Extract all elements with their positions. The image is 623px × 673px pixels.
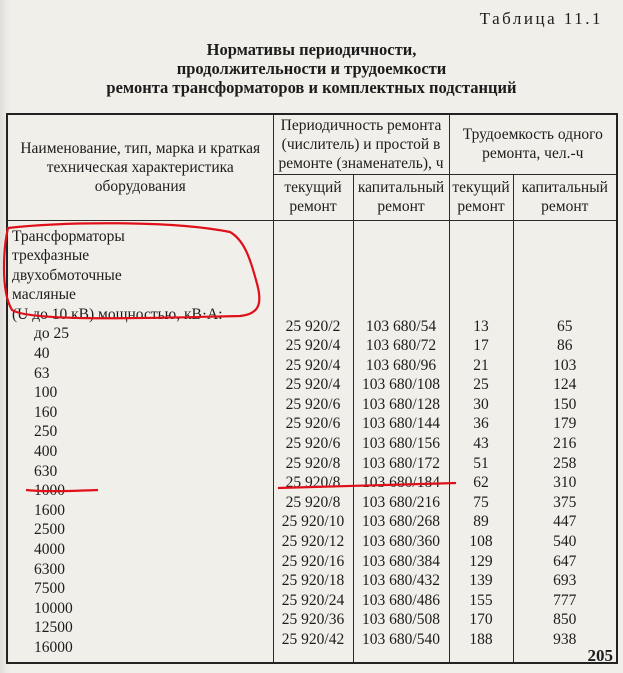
group-line: (U до 10 кВ) мощностью, кВ·А:	[12, 305, 273, 325]
labor-current-value: 30	[450, 395, 513, 415]
power-rating: 630	[12, 462, 273, 482]
labor-current-value: 75	[450, 493, 513, 513]
period-capital-value: 103 680/172	[354, 454, 449, 474]
period-capital-value: 103 680/96	[354, 356, 449, 376]
power-rating: 12500	[12, 618, 273, 638]
period-current-value: 25 920/8	[274, 454, 353, 474]
title-line: продолжительности и трудоемкости	[0, 59, 623, 78]
period-current-value: 25 920/6	[274, 414, 353, 434]
period-current-value: 25 920/18	[274, 571, 353, 591]
equipment-column: Трансформаторы трехфазные двухобмоточные…	[7, 220, 273, 663]
labor-current-value: 36	[450, 414, 513, 434]
labor-current-value: 155	[450, 591, 513, 611]
period-current-value: 25 920/42	[274, 630, 353, 650]
power-rating: 1600	[12, 501, 273, 521]
period-capital-value: 103 680/128	[354, 395, 449, 415]
power-rating: 2500	[12, 520, 273, 540]
labor-current-value: 89	[450, 512, 513, 532]
labor-capital-value: 447	[514, 512, 617, 532]
period-capital-value: 103 680/384	[354, 552, 449, 572]
period-current-value: 25 920/6	[274, 395, 353, 415]
labor-current-value: 139	[450, 571, 513, 591]
labor-current-value: 21	[450, 356, 513, 376]
labor-capital-value: 179	[514, 414, 617, 434]
period-current-value: 25 920/36	[274, 610, 353, 630]
period-capital-value: 103 680/508	[354, 610, 449, 630]
labor-current-value: 17	[450, 336, 513, 356]
labor-current-value: 170	[450, 610, 513, 630]
power-rating: 400	[12, 442, 273, 462]
labor-capital-value: 86	[514, 336, 617, 356]
period-capital-column: 103 680/54103 680/72103 680/96103 680/10…	[353, 220, 449, 663]
power-rating: 1000	[12, 481, 273, 501]
period-capital-value: 103 680/144	[354, 414, 449, 434]
labor-current-value: 188	[450, 630, 513, 650]
period-capital-value: 103 680/540	[354, 630, 449, 650]
period-current-value: 25 920/8	[274, 493, 353, 513]
labor-current-column: 1317212530364351627589108129139155170188	[449, 220, 513, 663]
labor-capital-value: 258	[514, 454, 617, 474]
table-title: Нормативы периодичности, продолжительнос…	[0, 40, 623, 97]
period-capital-value: 103 680/108	[354, 375, 449, 395]
header-labor-current: текущий ремонт	[449, 174, 513, 220]
labor-capital-value: 850	[514, 610, 617, 630]
labor-current-value: 13	[450, 317, 513, 337]
labor-capital-value: 647	[514, 552, 617, 572]
labor-capital-value: 310	[514, 473, 617, 493]
power-rating: 4000	[12, 540, 273, 560]
power-rating: 100	[12, 383, 273, 403]
period-current-value: 25 920/4	[274, 356, 353, 376]
period-current-value: 25 920/16	[274, 552, 353, 572]
period-current-value: 25 920/8	[274, 473, 353, 493]
header-labor-text: Трудоемкость одного ремонта, чел.-ч	[463, 126, 603, 162]
power-rating: до 25	[12, 324, 273, 344]
period-current-value: 25 920/6	[274, 434, 353, 454]
header-period-current: текущий ремонт	[273, 174, 353, 220]
labor-capital-value: 693	[514, 571, 617, 591]
period-capital-value: 103 680/72	[354, 336, 449, 356]
group-line: трехфазные	[12, 246, 273, 266]
power-rating: 16000	[12, 638, 273, 658]
labor-capital-value: 65	[514, 317, 617, 337]
group-line: Трансформаторы	[12, 227, 273, 247]
period-capital-value: 103 680/432	[354, 571, 449, 591]
labor-capital-value: 103	[514, 356, 617, 376]
power-rating: 7500	[12, 579, 273, 599]
header-period-capital: капитальный ремонт	[353, 174, 449, 220]
power-rating: 63	[12, 364, 273, 384]
period-current-value: 25 920/24	[274, 591, 353, 611]
labor-capital-value: 375	[514, 493, 617, 513]
period-capital-value: 103 680/360	[354, 532, 449, 552]
labor-current-value: 25	[450, 375, 513, 395]
labor-capital-value: 777	[514, 591, 617, 611]
period-current-value: 25 920/12	[274, 532, 353, 552]
title-line: Нормативы периодичности,	[0, 40, 623, 59]
power-rating: 10000	[12, 599, 273, 619]
period-capital-value: 103 680/184	[354, 473, 449, 493]
period-capital-value: 103 680/156	[354, 434, 449, 454]
period-capital-value: 103 680/268	[354, 512, 449, 532]
period-current-value: 25 920/4	[274, 375, 353, 395]
period-capital-value: 103 680/54	[354, 317, 449, 337]
header-periodicity-text: Периодичность ремонта (числитель) и прос…	[278, 117, 443, 172]
period-capital-value: 103 680/486	[354, 591, 449, 611]
labor-capital-value: 124	[514, 375, 617, 395]
labor-capital-value: 150	[514, 395, 617, 415]
labor-current-value: 108	[450, 532, 513, 552]
labor-capital-value: 540	[514, 532, 617, 552]
labor-current-value: 62	[450, 473, 513, 493]
power-rating: 40	[12, 344, 273, 364]
labor-current-value: 51	[450, 454, 513, 474]
header-periodicity: Периодичность ремонта (числитель) и прос…	[273, 114, 449, 174]
period-current-value: 25 920/4	[274, 336, 353, 356]
period-current-value: 25 920/10	[274, 512, 353, 532]
labor-capital-value: 216	[514, 434, 617, 454]
power-rating: 6300	[12, 560, 273, 580]
header-name-column: Наименование, тип, марка и краткая техни…	[7, 114, 273, 220]
labor-current-value: 43	[450, 434, 513, 454]
table-label: Таблица 11.1	[480, 9, 603, 29]
power-rating: 160	[12, 403, 273, 423]
norms-table: Наименование, тип, марка и краткая техни…	[6, 113, 618, 664]
labor-capital-column: 6586103124150179216258310375447540647693…	[513, 220, 617, 663]
period-current-value: 25 920/2	[274, 317, 353, 337]
labor-current-value: 129	[450, 552, 513, 572]
page-number: 205	[588, 646, 614, 666]
period-capital-value: 103 680/216	[354, 493, 449, 513]
group-line: масляные	[12, 285, 273, 305]
power-list: до 2540631001602504006301000160025004000…	[12, 324, 273, 657]
header-name-text: Наименование, тип, марка и краткая техни…	[20, 140, 260, 195]
title-line: ремонта трансформаторов и комплектных по…	[0, 78, 623, 97]
power-rating: 250	[12, 422, 273, 442]
group-line: двухобмоточные	[12, 266, 273, 286]
header-labor-capital: капитальный ремонт	[513, 174, 617, 220]
period-current-column: 25 920/225 920/425 920/425 920/425 920/6…	[273, 220, 353, 663]
header-labor: Трудоемкость одного ремонта, чел.-ч	[449, 114, 617, 174]
